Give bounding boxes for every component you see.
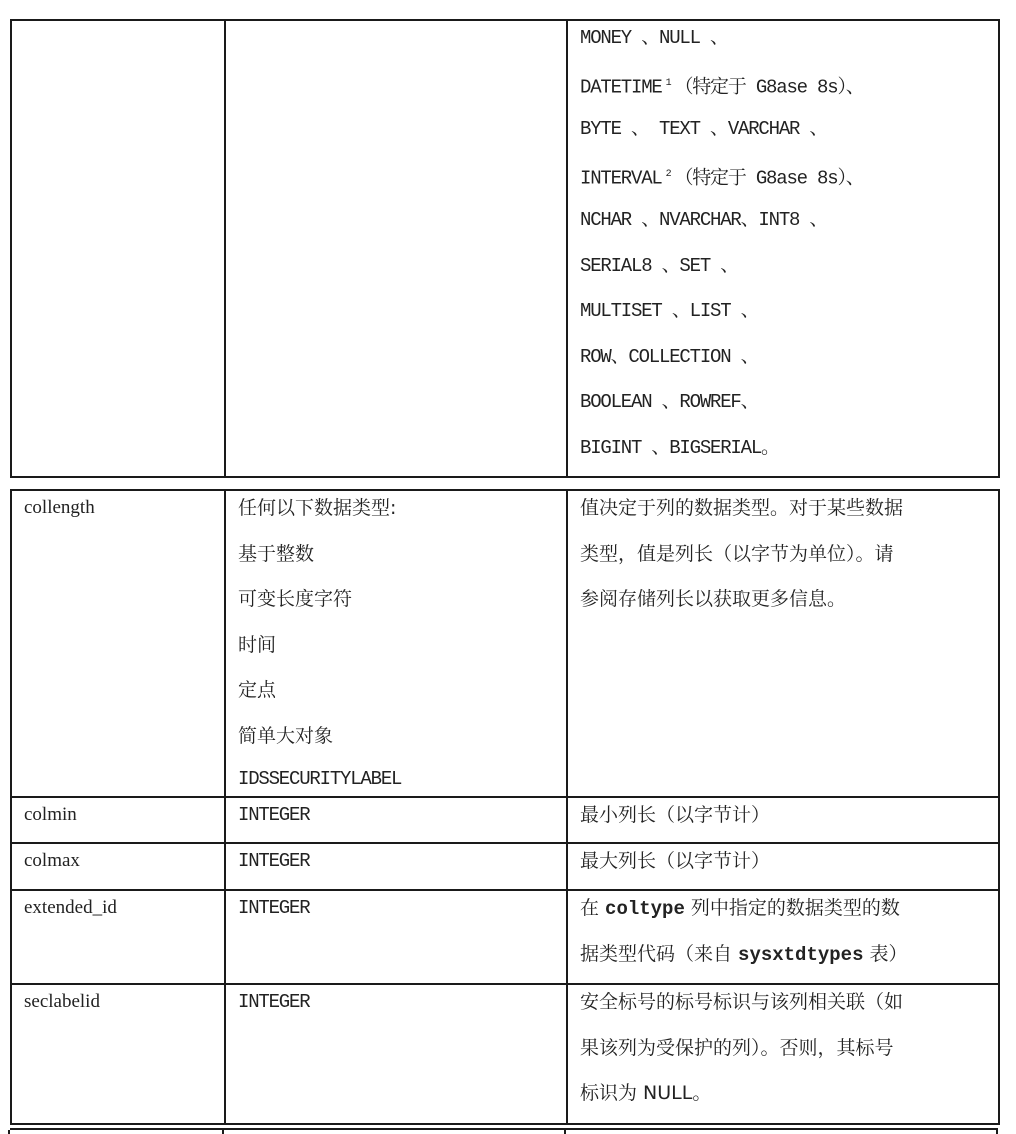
type-list-line: SERIAL8 、SET 、 bbox=[580, 249, 986, 295]
column-name-cell: colmax bbox=[11, 843, 225, 890]
column-divider bbox=[564, 1130, 566, 1134]
column-divider bbox=[8, 1130, 10, 1134]
column-name: seclabelid bbox=[24, 985, 212, 1031]
type-line: INTEGER bbox=[238, 798, 554, 832]
type-line: 基于整数 bbox=[238, 537, 554, 583]
description-line: 最大列长（以字节计） bbox=[580, 844, 986, 878]
column-type-cell: INTEGER bbox=[225, 890, 567, 984]
column-divider bbox=[222, 1130, 224, 1134]
description-line: 在 coltype 列中指定的数据类型的数 bbox=[580, 891, 986, 937]
type-list-line: BIGINT 、BIGSERIAL。 bbox=[580, 431, 986, 477]
type-line: 定点 bbox=[238, 673, 554, 719]
data-types-table-continued: MONEY 、NULL 、 DATETIME1（特定于 G8ase 8s）、 B… bbox=[10, 19, 1000, 478]
column-name: colmin bbox=[24, 798, 212, 832]
type-list-line: BYTE 、 TEXT 、VARCHAR 、 bbox=[580, 112, 986, 158]
type-line: 任何以下数据类型: bbox=[238, 491, 554, 537]
description-cell: MONEY 、NULL 、 DATETIME1（特定于 G8ase 8s）、 B… bbox=[567, 20, 999, 477]
type-line: IDSSECURITYLABEL bbox=[238, 764, 554, 794]
column-name-cell: extended_id bbox=[11, 890, 225, 984]
description-cell: 值决定于列的数据类型。对于某些数据 类型，值是列长（以字节为单位）。请 参阅存储… bbox=[567, 490, 999, 797]
description-cell: 在 coltype 列中指定的数据类型的数 据类型代码（来自 sysxtdtyp… bbox=[567, 890, 999, 984]
type-list-line: MONEY 、NULL 、 bbox=[580, 21, 986, 67]
footnote-ref[interactable]: 2 bbox=[666, 169, 671, 180]
type-line: 简单大对象 bbox=[238, 719, 554, 765]
column-type-cell: 任何以下数据类型: 基于整数 可变长度字符 时间 定点 简单大对象 IDSSEC… bbox=[225, 490, 567, 797]
column-name: colmax bbox=[24, 844, 212, 878]
table-row: seclabelid INTEGER 安全标号的标号标识与该列相关联（如 果该列… bbox=[11, 984, 999, 1124]
column-name-cell: seclabelid bbox=[11, 984, 225, 1124]
description-cell: 最小列长（以字节计） bbox=[567, 797, 999, 843]
code-coltype: coltype bbox=[605, 898, 685, 920]
type-list-line: MULTISET 、LIST 、 bbox=[580, 294, 986, 340]
code-sysxtdtypes: sysxtdtypes bbox=[738, 944, 863, 966]
table-row: MONEY 、NULL 、 DATETIME1（特定于 G8ase 8s）、 B… bbox=[11, 20, 999, 477]
column-name-cell bbox=[11, 20, 225, 477]
description-line: 据类型代码（来自 sysxtdtypes 表） bbox=[580, 937, 986, 983]
table-row: colmin INTEGER 最小列长（以字节计） bbox=[11, 797, 999, 843]
description-cell: 安全标号的标号标识与该列相关联（如 果该列为受保护的列）。否则，其标号 标识为 … bbox=[567, 984, 999, 1124]
table-row: extended_id INTEGER 在 coltype 列中指定的数据类型的… bbox=[11, 890, 999, 984]
column-name-cell: colmin bbox=[11, 797, 225, 843]
type-list-line: NCHAR 、NVARCHAR、INT8 、 bbox=[580, 203, 986, 249]
type-list-line: INTERVAL2（特定于 G8ase 8s）、 bbox=[580, 158, 986, 204]
description-line: 参阅存储列长以获取更多信息。 bbox=[580, 582, 986, 628]
description-line: 果该列为受保护的列）。否则，其标号 bbox=[580, 1031, 986, 1077]
column-type-cell: INTEGER bbox=[225, 797, 567, 843]
footnote-ref[interactable]: 1 bbox=[666, 78, 671, 89]
type-line: INTEGER bbox=[238, 891, 554, 937]
description-line: 最小列长（以字节计） bbox=[580, 798, 986, 832]
syscolumns-table: collength 任何以下数据类型: 基于整数 可变长度字符 时间 定点 简单… bbox=[10, 489, 1000, 1125]
type-list-line: DATETIME1（特定于 G8ase 8s）、 bbox=[580, 67, 986, 113]
description-line: 标识为 NULL。 bbox=[580, 1076, 986, 1122]
table-row: colmax INTEGER 最大列长（以字节计） bbox=[11, 843, 999, 890]
column-name: collength bbox=[24, 491, 212, 537]
column-name: extended_id bbox=[24, 891, 212, 937]
type-line: 可变长度字符 bbox=[238, 582, 554, 628]
next-row-border bbox=[10, 1128, 998, 1134]
description-line: 安全标号的标号标识与该列相关联（如 bbox=[580, 985, 986, 1031]
type-line: INTEGER bbox=[238, 985, 554, 1031]
type-list-line: ROW、COLLECTION 、 bbox=[580, 340, 986, 386]
description-line: 类型，值是列长（以字节为单位）。请 bbox=[580, 537, 986, 583]
column-type-cell: INTEGER bbox=[225, 984, 567, 1124]
column-type-cell bbox=[225, 20, 567, 477]
column-type-cell: INTEGER bbox=[225, 843, 567, 890]
type-line: 时间 bbox=[238, 628, 554, 674]
column-divider bbox=[996, 1130, 998, 1134]
type-list-line: BOOLEAN 、ROWREF、 bbox=[580, 385, 986, 431]
table-row: collength 任何以下数据类型: 基于整数 可变长度字符 时间 定点 简单… bbox=[11, 490, 999, 797]
description-cell: 最大列长（以字节计） bbox=[567, 843, 999, 890]
column-name-cell: collength bbox=[11, 490, 225, 797]
description-line: 值决定于列的数据类型。对于某些数据 bbox=[580, 491, 986, 537]
type-line: INTEGER bbox=[238, 844, 554, 878]
